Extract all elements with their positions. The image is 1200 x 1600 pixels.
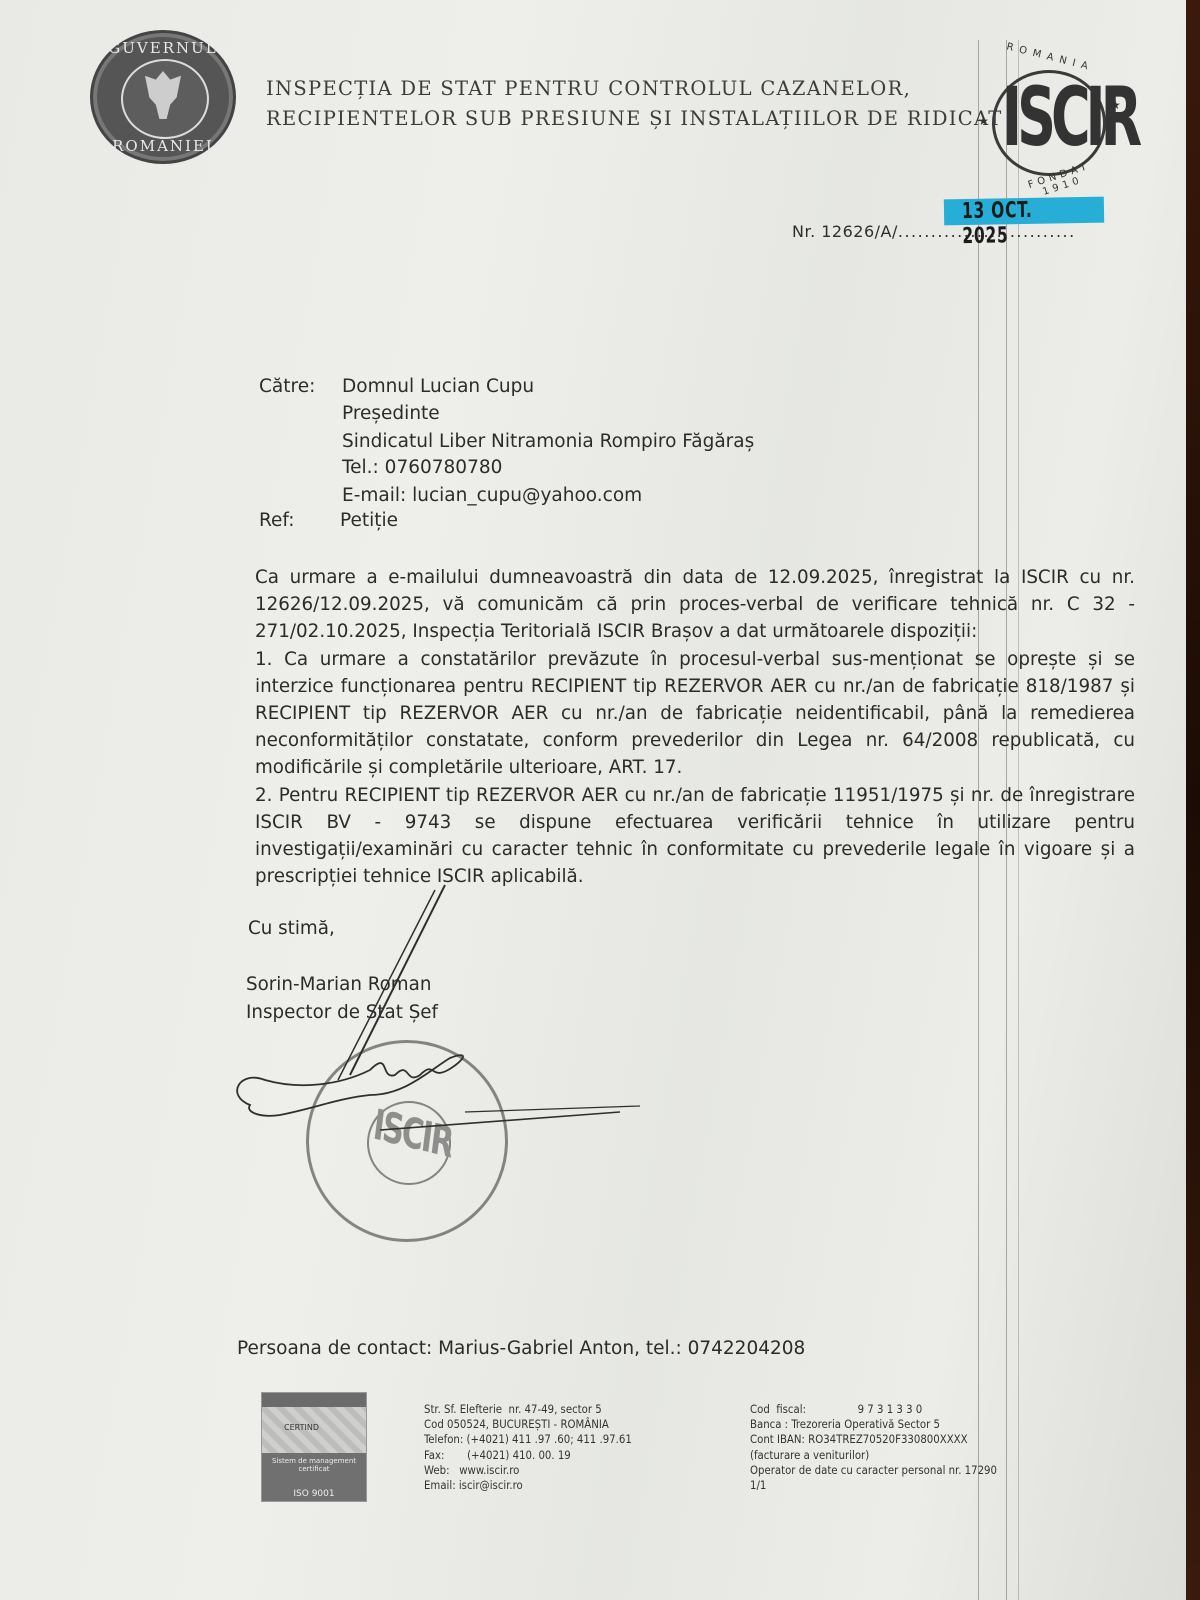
letter-page: GUVERNUL ROMÂNIEI INSPECȚIA DE STAT PENT… — [0, 0, 1186, 1600]
logo-wordmark: ISCIR — [1002, 84, 1094, 152]
body-item-1: 1. Ca urmare a constatărilor prevăzute î… — [255, 646, 1135, 782]
footer-fiscal: Cod fiscal: 9 7 3 1 3 3 0 Banca : Trezor… — [750, 1402, 997, 1493]
letter-body: Ca urmare a e-mailului dumneavoastră din… — [255, 564, 1135, 890]
cert-logo-name: CERTIND — [284, 1423, 319, 1432]
ref-label: Ref: — [259, 510, 295, 531]
footer-iban: Cont IBAN: RO34TREZ70520F330800XXXX — [750, 1432, 997, 1447]
seal-bottom-text: ROMÂNIEI — [93, 137, 233, 155]
institution-title-line2: RECIPIENTELOR SUB PRESIUNE ȘI INSTALAȚII… — [266, 104, 1003, 134]
institution-title: INSPECȚIA DE STAT PENTRU CONTROLUL CAZAN… — [266, 74, 1003, 134]
footer-fax: Fax: (+4021) 410. 00. 19 — [424, 1448, 632, 1463]
to-label: Către: — [259, 376, 315, 397]
recipient-organization: Sindicatul Liber Nitramonia Rompiro Făgă… — [342, 431, 754, 452]
registration-dots: ........................... — [898, 222, 1076, 241]
body-intro: Ca urmare a e-mailului dumneavoastră din… — [255, 564, 1135, 646]
institution-title-line1: INSPECȚIA DE STAT PENTRU CONTROLUL CAZAN… — [266, 74, 1003, 104]
contact-person: Persoana de contact: Marius-Gabriel Anto… — [237, 1338, 805, 1359]
footer-web-link[interactable]: Web: www.iscir.ro — [424, 1463, 632, 1478]
page-number: 1/1 — [750, 1478, 997, 1493]
footer-address-city: Cod 050524, BUCUREȘTI - ROMÂNIA — [424, 1417, 632, 1432]
seal-top-text: GUVERNUL — [93, 39, 233, 57]
cert-logo-standard: ISO 9001 — [262, 1489, 366, 1499]
cert-logo-caption-block: Sistem de management certificat ISO 9001 — [262, 1453, 366, 1501]
footer-iban-note: (facturare a veniturilor) — [750, 1448, 997, 1463]
footer-address: Str. Sf. Elefterie nr. 47-49, sector 5 C… — [424, 1402, 632, 1493]
recipient-phone: Tel.: 0760780780 — [342, 457, 502, 478]
footer-phone: Telefon: (+4021) 411 .97 .60; 411 .97.61 — [424, 1432, 632, 1447]
iscir-logo-icon: ROMANIA ISCIR FONDAT 1910 ★ ★ — [988, 52, 1108, 160]
registration-number-label: Nr. 12626/A/ — [792, 222, 898, 241]
footer-address-street: Str. Sf. Elefterie nr. 47-49, sector 5 — [424, 1402, 632, 1417]
star-icon: ★ — [1110, 98, 1121, 112]
footer-data-operator: Operator de date cu caracter personal nr… — [750, 1463, 997, 1478]
government-seal-icon: GUVERNUL ROMÂNIEI — [90, 30, 236, 164]
background-table-edge — [1186, 0, 1200, 1600]
cert-logo-mark: CERTIND — [262, 1407, 366, 1453]
footer-bank: Banca : Trezoreria Operativă Sector 5 — [750, 1417, 997, 1432]
handwritten-signature-icon — [220, 880, 640, 1140]
ref-value: Petiție — [340, 510, 398, 531]
footer-email-link[interactable]: Email: iscir@iscir.ro — [424, 1478, 632, 1493]
footer-fiscal-code: Cod fiscal: 9 7 3 1 3 3 0 — [750, 1402, 997, 1417]
cert-logo-band — [262, 1393, 366, 1407]
body-item-2: 2. Pentru RECIPIENT tip REZERVOR AER cu … — [255, 782, 1135, 891]
star-icon: ★ — [978, 114, 989, 128]
recipient-email: E-mail: lucian_cupu@yahoo.com — [342, 485, 642, 506]
certind-iso-logo-icon: CERTIND Sistem de management certificat … — [261, 1392, 367, 1502]
registration-number: Nr. 12626/A/........................... — [792, 222, 1076, 241]
recipient-role: Președinte — [342, 403, 440, 424]
recipient-name: Domnul Lucian Cupu — [342, 376, 534, 397]
cert-logo-caption: Sistem de management certificat — [262, 1457, 366, 1473]
